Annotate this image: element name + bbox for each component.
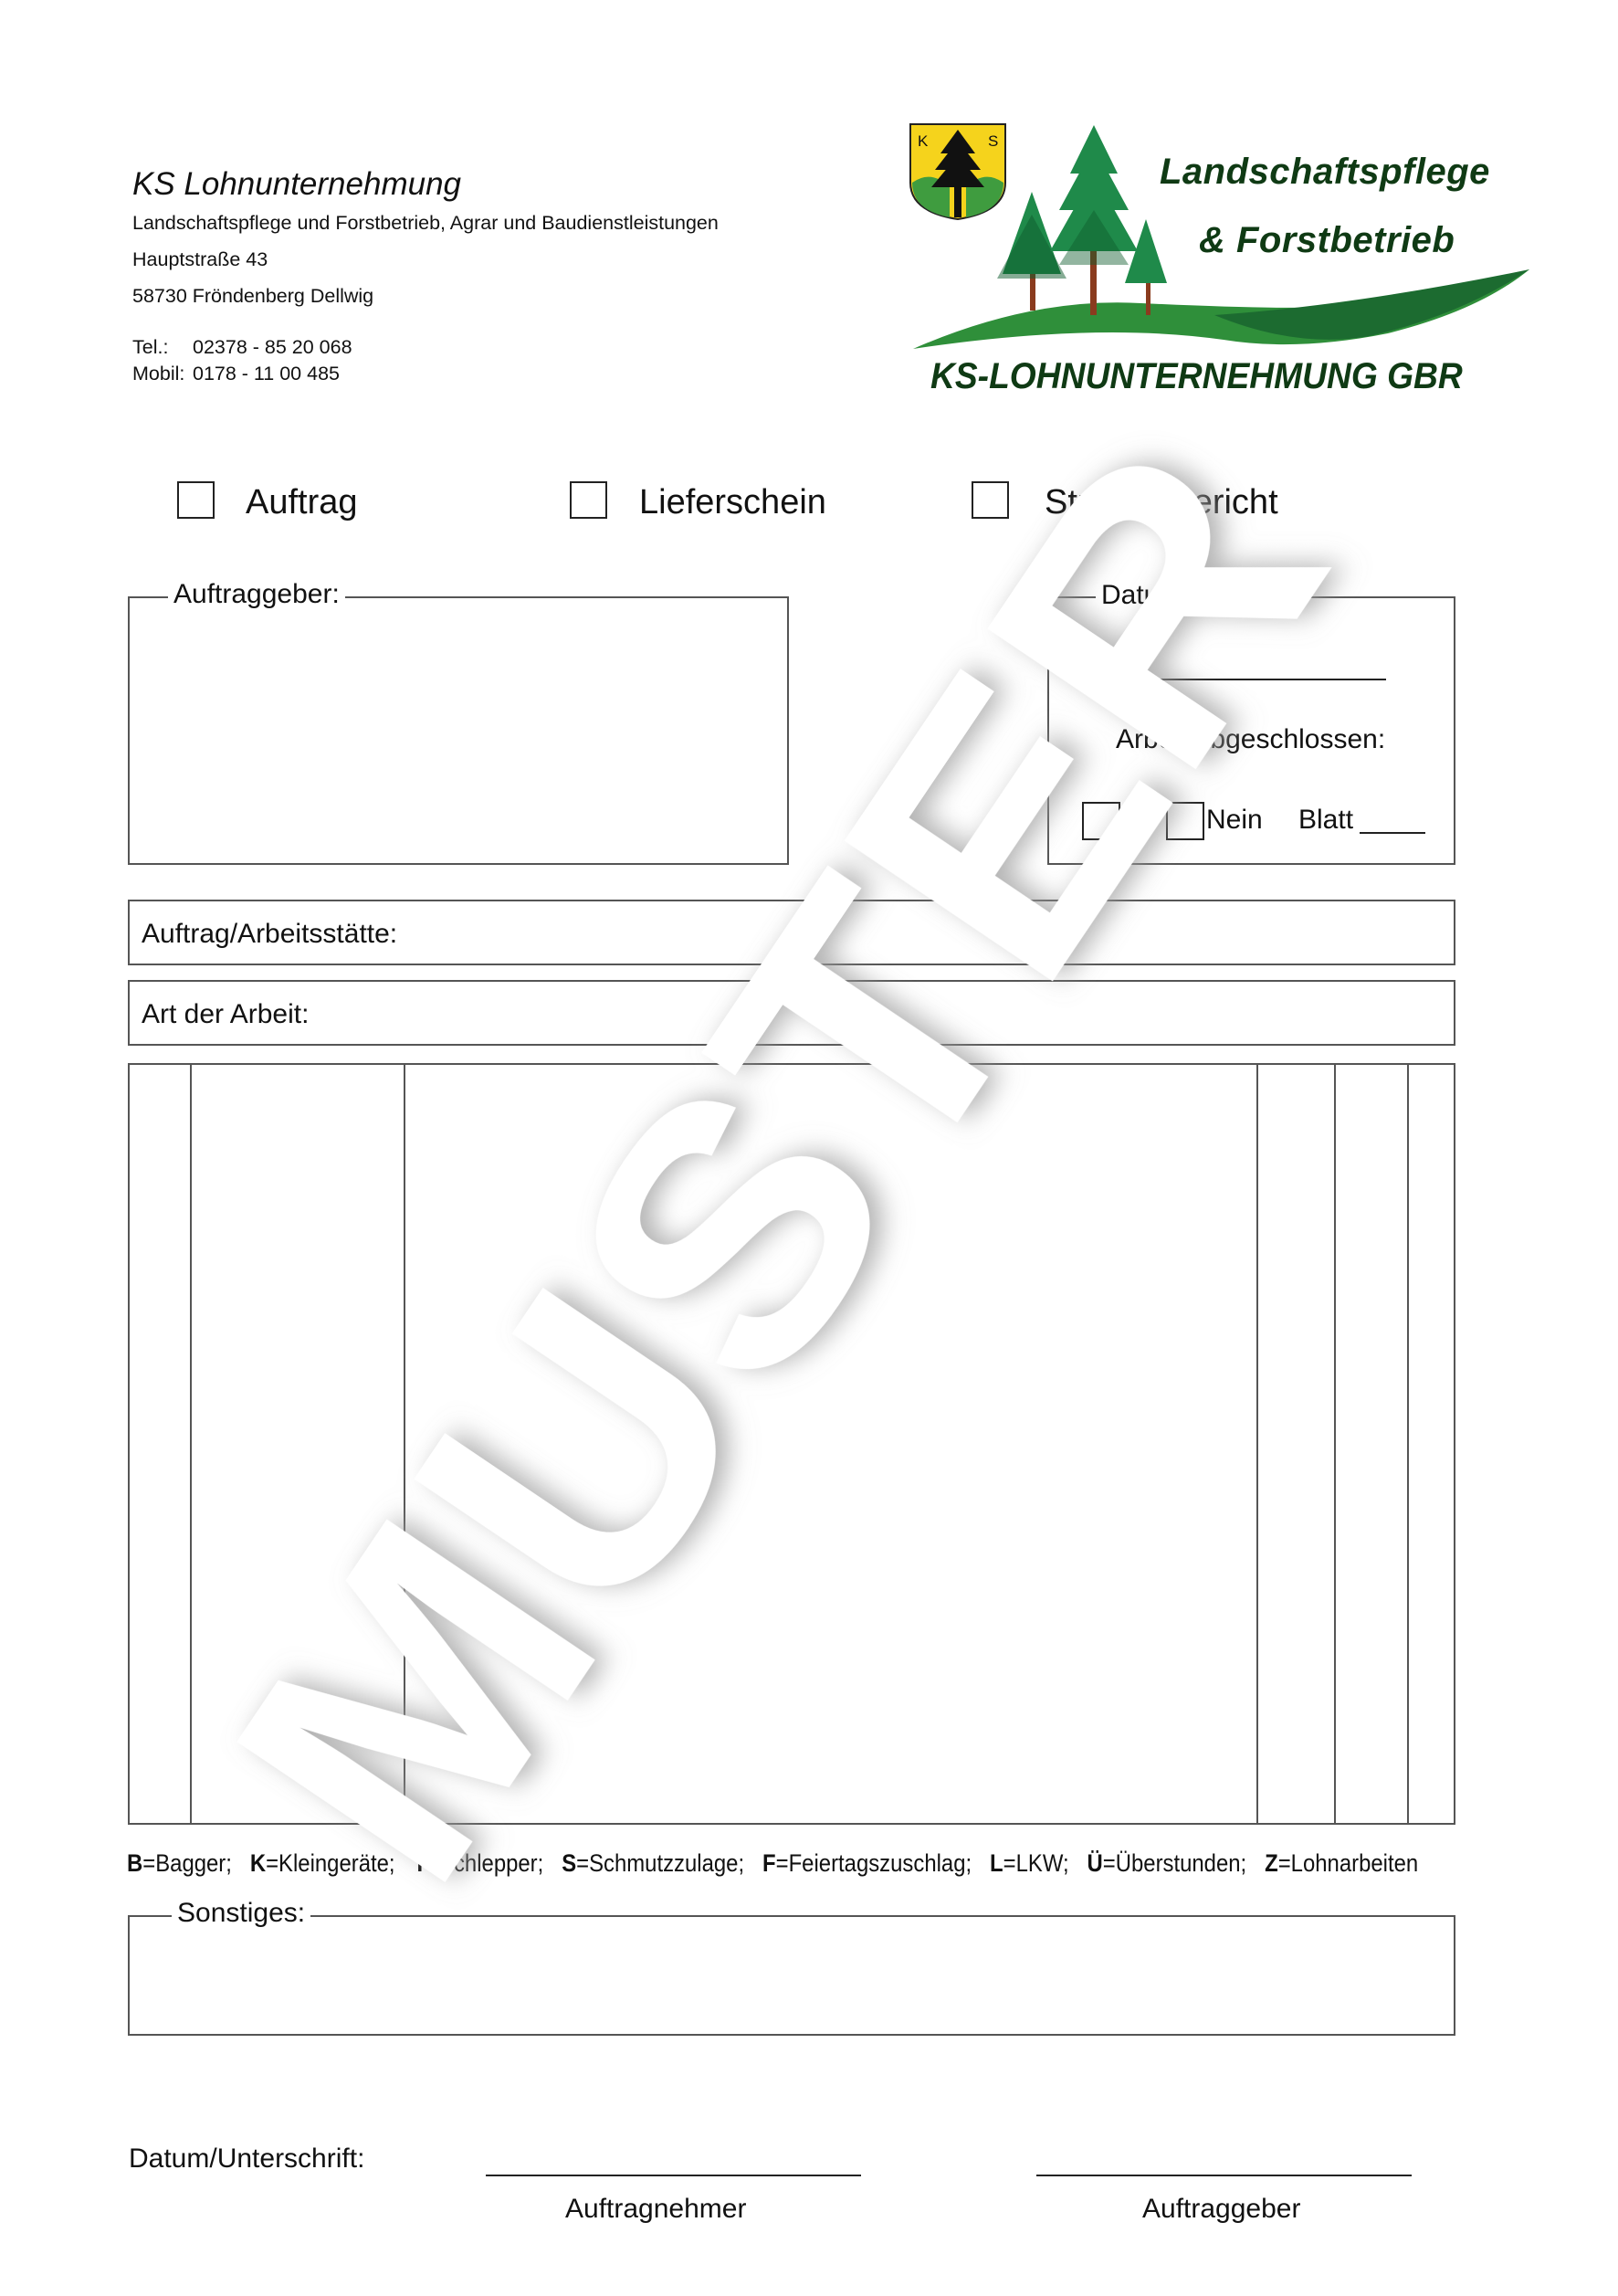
date-line[interactable]: [1128, 679, 1386, 680]
company-subtitle: Landschaftspflege und Forstbetrieb, Agra…: [132, 214, 719, 234]
code-entry: Z=Lohnarbeiten: [1265, 1849, 1418, 1877]
logo-company-name: KS-LOHNUNTERNEHMUNG GBR: [930, 358, 1463, 395]
client-box[interactable]: [128, 596, 789, 865]
fir-trees-icon: [997, 125, 1167, 315]
table-column-divider: [1334, 1063, 1336, 1825]
label-lieferschein: Lieferschein: [639, 485, 826, 520]
table-column-divider: [1256, 1063, 1258, 1825]
mobile-number: 0178 - 11 00 485: [193, 364, 340, 384]
table-column-divider: [190, 1063, 192, 1825]
code-entry: T=Schlepper;: [413, 1849, 562, 1877]
completed-label: Arbeit abgeschlossen:: [1116, 726, 1385, 753]
label-auftrag: Auftrag: [246, 485, 358, 520]
worksite-label: Auftrag/Arbeitsstätte:: [142, 921, 397, 948]
phone-label: Tel.:: [132, 338, 168, 358]
code-legend: B=Bagger; K=Kleingeräte; T=Schlepper; S=…: [127, 1851, 1418, 1876]
company-name: KS Lohnunternehmung: [132, 168, 461, 200]
sheet-label: Blatt: [1298, 806, 1353, 834]
table-column-divider: [404, 1063, 405, 1825]
svg-text:K: K: [918, 132, 929, 150]
mobile-label: Mobil:: [132, 364, 184, 384]
label-yes: Ja: [1123, 806, 1152, 834]
signature-label: Datum/Unterschrift:: [129, 2145, 364, 2173]
other-legend: Sonstiges:: [172, 1900, 310, 1927]
label-stundenbericht: Stundenbericht: [1045, 485, 1278, 520]
client-signature-line[interactable]: [1036, 2175, 1412, 2176]
phone-number: 02378 - 85 20 068: [193, 338, 352, 358]
checkbox-stundenbericht[interactable]: [972, 481, 1009, 519]
date-legend: Datum:: [1096, 582, 1195, 609]
code-entry: S=Schmutzzulage;: [562, 1849, 762, 1877]
label-no: Nein: [1206, 806, 1263, 834]
code-entry: L=LKW;: [990, 1849, 1087, 1877]
company-street: Hauptstraße 43: [132, 250, 268, 270]
contractor-signature-line[interactable]: [486, 2175, 861, 2176]
table-column-divider: [1407, 1063, 1409, 1825]
client-legend: Auftraggeber:: [168, 581, 345, 608]
logo-tagline-1: Landschaftspflege: [1160, 153, 1490, 190]
code-entry: F=Feiertagszuschlag;: [762, 1849, 990, 1877]
coat-of-arms-icon: K S: [910, 124, 1005, 219]
sheet-number-line[interactable]: [1360, 832, 1425, 834]
work-type-label: Art der Arbeit:: [142, 1001, 309, 1028]
svg-text:S: S: [988, 132, 998, 150]
checkbox-no[interactable]: [1166, 802, 1204, 840]
code-entry: K=Kleingeräte;: [250, 1849, 414, 1877]
checkbox-auftrag[interactable]: [177, 481, 215, 519]
code-entry: Ü=Überstunden;: [1087, 1849, 1266, 1877]
code-entry: B=Bagger;: [127, 1849, 250, 1877]
checkbox-lieferschein[interactable]: [570, 481, 607, 519]
work-type-field[interactable]: [128, 980, 1455, 1046]
contractor-label: Auftragnehmer: [565, 2196, 746, 2223]
company-city: 58730 Fröndenberg Dellwig: [132, 287, 373, 307]
client-signature-label: Auftraggeber: [1142, 2196, 1300, 2223]
checkbox-yes[interactable]: [1082, 802, 1120, 840]
logo-tagline-2: & Forstbetrieb: [1199, 222, 1455, 258]
other-box[interactable]: [128, 1915, 1455, 2036]
